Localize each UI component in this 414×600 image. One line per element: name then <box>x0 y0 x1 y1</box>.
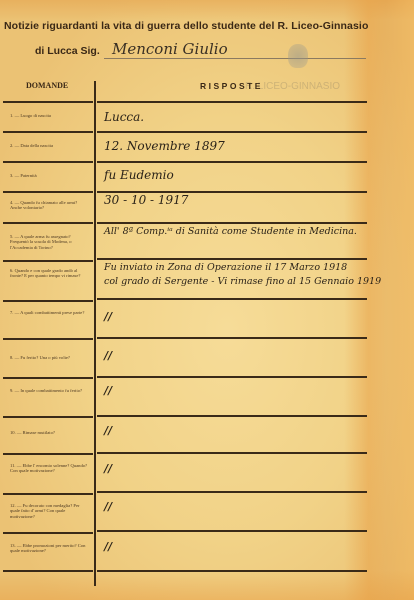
row-rule <box>3 191 93 193</box>
row-rule <box>97 452 367 454</box>
answer-5: All' 8ª Comp.ⁱᵃ di Sanità come Studente … <box>104 225 404 239</box>
answer-4: 30 - 10 - 1917 <box>104 193 404 207</box>
answer-7: // <box>104 310 404 323</box>
document-subtitle: di Lucca Sig. <box>35 45 100 57</box>
row-rule <box>97 415 367 417</box>
row-rule <box>3 570 93 572</box>
row-rule <box>97 570 367 572</box>
document-title: Notizie riguardanti la vita di guerra de… <box>4 20 368 32</box>
column-header-questions: DOMANDE <box>26 81 68 90</box>
answer-9: // <box>104 384 404 397</box>
answer-8: // <box>104 349 404 362</box>
paper-aging-top <box>0 0 414 20</box>
row-rule <box>3 300 93 302</box>
row-rule <box>3 493 93 495</box>
row-rule <box>97 222 367 224</box>
row-rule <box>97 491 367 493</box>
row-rule <box>3 532 93 534</box>
answer-12: // <box>104 500 404 513</box>
column-header-answers: RISPOSTE <box>200 81 263 91</box>
row-rule <box>97 337 367 339</box>
answer-10: // <box>104 424 404 437</box>
question-9: 9. — In quale combattimento fu ferito? <box>10 388 90 393</box>
answer-6-line-1: Fu inviato in Zona di Operazione il 17 M… <box>104 261 404 275</box>
answer-3: fu Eudemio <box>104 168 404 182</box>
column-divider <box>94 81 96 586</box>
coat-of-arms-stamp-icon <box>288 44 308 68</box>
question-11: 11. — Ebbe l' encomio solenne? Quando? C… <box>10 463 90 474</box>
question-10: 10. — Rimase mutilato? <box>10 430 90 435</box>
answer-1: Lucca. <box>104 110 404 124</box>
row-rule <box>3 416 93 418</box>
answer-6-line-2: col grado di Sergente - Vi rimase fino a… <box>104 275 404 289</box>
question-5: 5. — A quale arma fu assegnato? Frequent… <box>10 234 90 250</box>
question-2: 2. — Data della nascita <box>10 143 90 148</box>
row-rule <box>3 338 93 340</box>
question-6: 6. Quando e con quale grado andò al fron… <box>10 268 90 279</box>
answer-13: // <box>104 540 404 553</box>
answer-11: // <box>104 462 404 475</box>
student-name: Menconi Giulio <box>112 40 228 58</box>
name-underline <box>104 58 366 59</box>
row-rule <box>3 161 93 163</box>
row-rule <box>3 260 93 262</box>
paper-aging-bottom <box>0 570 414 600</box>
row-rule <box>97 298 367 300</box>
row-rule <box>3 131 93 133</box>
question-3: 3. — Paternità <box>10 173 90 178</box>
row-rule <box>3 222 93 224</box>
question-8: 8. — Fu ferito? Una o più volte? <box>10 355 90 360</box>
row-rule <box>97 101 367 103</box>
question-7: 7. — A quali combattimenti prese parte? <box>10 310 90 315</box>
question-13: 13. — Ebbe promozioni per merito? Con qu… <box>10 543 90 554</box>
question-4: 4. — Quando fu chiamato alle armi? Anche… <box>10 200 90 211</box>
row-rule <box>3 377 93 379</box>
row-rule <box>97 131 367 133</box>
answer-2: 12. Novembre 1897 <box>104 139 404 153</box>
row-rule <box>97 376 367 378</box>
question-1: 1. — Luogo di nascita <box>10 113 90 118</box>
question-12: 12. — Fu decorato con medaglia? Per qual… <box>10 503 90 519</box>
row-rule <box>97 161 367 163</box>
row-rule <box>97 530 367 532</box>
row-rule <box>97 258 367 260</box>
row-rule <box>3 101 93 103</box>
row-rule <box>3 453 93 455</box>
